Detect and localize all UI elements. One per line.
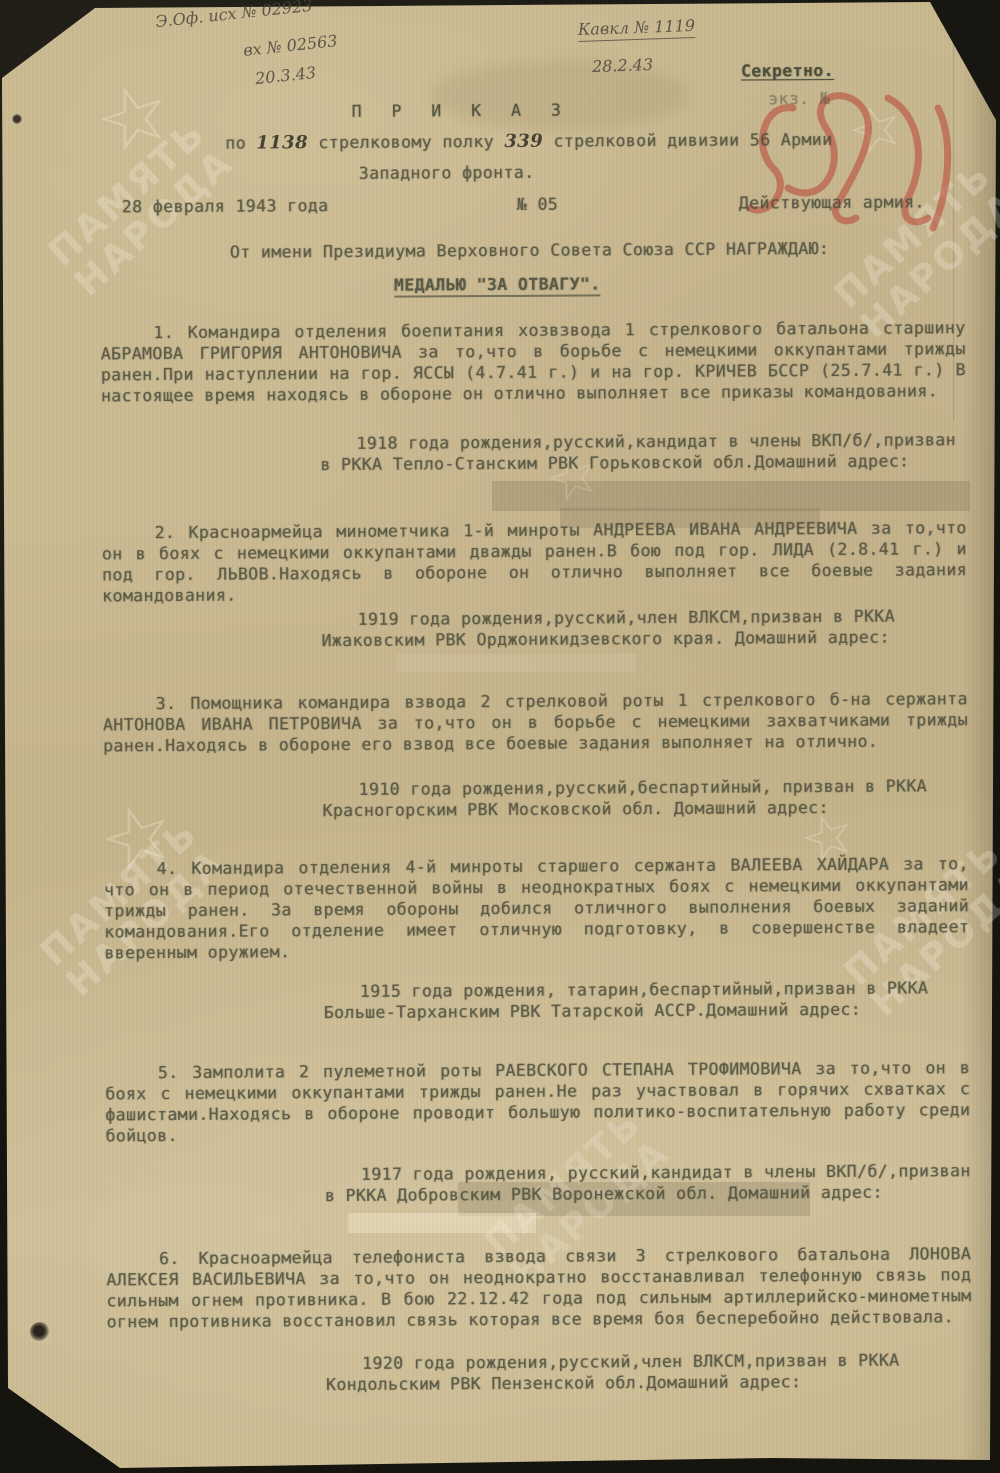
acting-army-label: Действующая армия. <box>739 191 925 213</box>
secret-stamp: Секретно. <box>741 60 834 82</box>
award-entry-1: 1. Командира отделения боепитания хозвзв… <box>100 317 965 406</box>
order-date: 28 февраля 1943 года <box>122 195 329 217</box>
award-entry-5: 5. Замполита 2 пулеметной роты РАЕВСКОГО… <box>105 1057 970 1146</box>
handwritten-division-number: 339 <box>504 131 543 152</box>
medal-name: МЕДАЛЬЮ "ЗА ОТВАГУ". <box>357 273 637 296</box>
award-entry-3: 3. Помощника командира взвода 2 стрелков… <box>103 688 968 756</box>
subtitle-text: стрелковой дивизии 56 Армии <box>543 130 832 151</box>
award-entry-4-bio: 1915 года рождения, татарин,беспартийный… <box>323 977 975 1023</box>
copy-number: экз. № <box>768 88 830 109</box>
award-entry-2-bio: 1919 года рождения,русский,член ВЛКСМ,пр… <box>321 605 973 651</box>
medal-text: МЕДАЛЬЮ "ЗА ОТВАГУ". <box>394 274 601 297</box>
award-entry-3-bio: 1910 года рождения,русский,беспартийный,… <box>322 775 974 821</box>
award-entry-6-bio: 1920 года рождения,русский,член ВЛКСМ,пр… <box>326 1349 978 1395</box>
award-entry-2: 2. Красноармейца минометчика 1-й минроты… <box>102 517 967 606</box>
award-entry-4: 4. Командира отделения 4-й минроты старш… <box>104 853 970 963</box>
award-entry-5-bio: 1917 года рождения, русский,кандидат в ч… <box>325 1160 977 1206</box>
front-name: Западного фронта. <box>96 160 796 185</box>
scanned-document-page: { "watermark": {"line1": "ПАМЯТЬ", "line… <box>0 0 1000 1473</box>
handwritten-regiment-number: 1138 <box>256 132 308 153</box>
award-entry-1-bio: 1918 года рождения,русский,кандидат в чл… <box>320 429 972 475</box>
subtitle-text: по <box>225 133 256 152</box>
order-title: П Р И К А З <box>316 99 606 122</box>
order-number: № 05 <box>517 194 558 215</box>
preamble: От имени Президиума Верховного Совета Со… <box>97 237 962 263</box>
typed-text-layer: Секретно. экз. № П Р И К А З по 1138 стр… <box>0 0 1000 1473</box>
order-subtitle: по 1138 стрелковому полку 339 стрелковой… <box>96 128 961 154</box>
award-entry-6: 6. Красноармейца телефониста взвода связ… <box>106 1243 971 1332</box>
subtitle-text: стрелковому полку <box>308 132 504 152</box>
